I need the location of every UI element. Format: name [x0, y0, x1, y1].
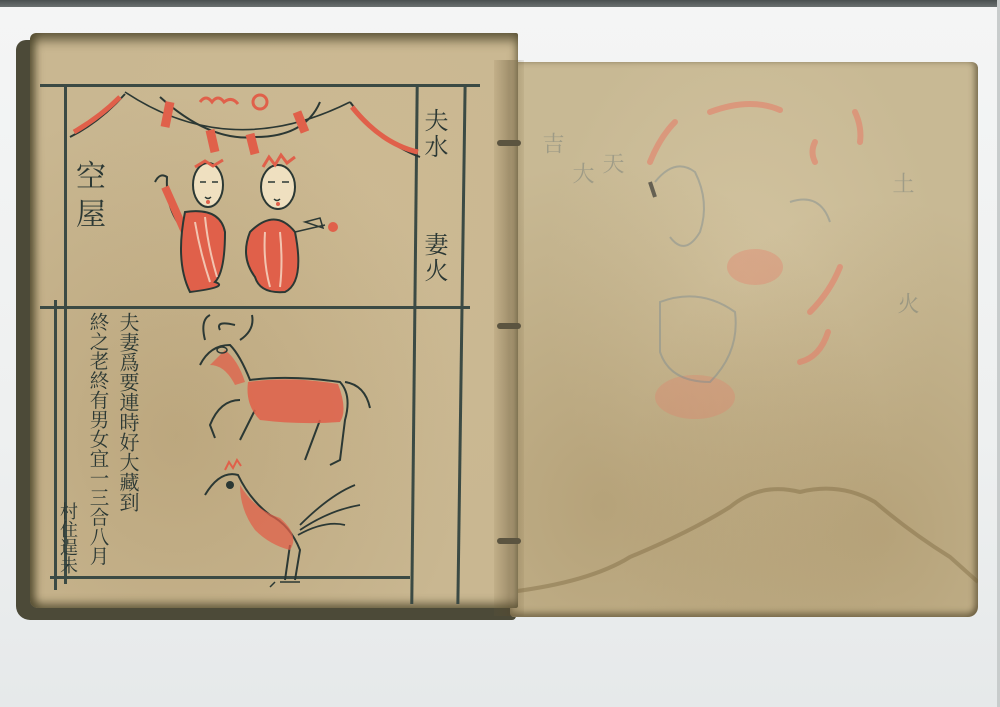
text-column-2: 終之老終有男女宜一三合八月 — [88, 312, 108, 566]
right-page: 吉 大 天 土 火 — [510, 62, 978, 617]
husband-element-label: 夫水 — [422, 108, 446, 160]
water-stain — [510, 62, 978, 617]
panel-title: 空屋 — [72, 160, 102, 236]
frame-rule-middle — [40, 306, 470, 309]
wife-element-label: 妻火 — [422, 232, 446, 284]
binding-stitch — [497, 538, 521, 544]
binding-stitch — [497, 140, 521, 146]
canopy-figures-illustration — [60, 82, 430, 302]
text-column-1: 夫妻爲要連時好大藏到 — [118, 312, 138, 512]
text-column-3: 村住逞未 — [58, 502, 76, 574]
binding-stitch — [497, 323, 521, 329]
animals-illustration — [180, 310, 400, 600]
manuscript-book: 吉 大 天 土 火 — [0, 0, 1000, 707]
